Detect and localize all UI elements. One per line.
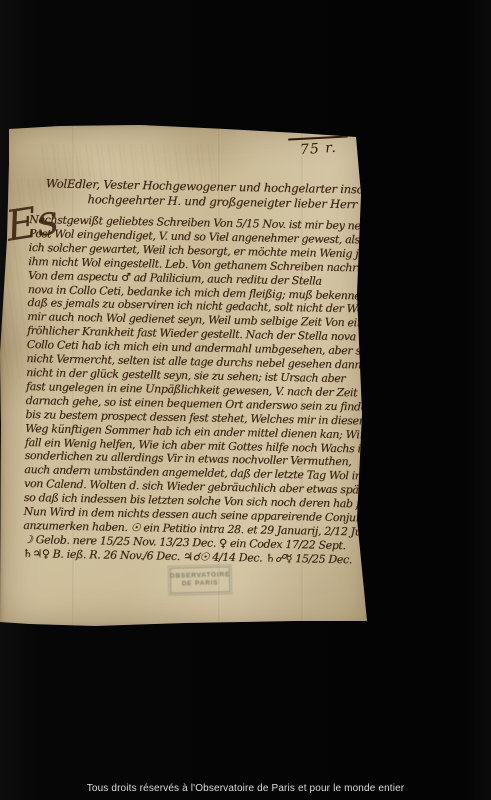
folio-number: 75 r.	[299, 140, 337, 159]
stamp-text: DE PARIS	[182, 580, 219, 589]
handwritten-text: WolEdler, Vester Hochgewogener und hochg…	[23, 176, 364, 567]
manuscript-page: 75 r. Es WolEdler, Vester Hochgewogener …	[0, 124, 370, 628]
scan-background: 75 r. Es WolEdler, Vester Hochgewogener …	[0, 0, 491, 800]
copyright-caption: Tous droits réservés à l'Observatoire de…	[0, 783, 491, 794]
observatory-stamp: OBSERVATOIRE DE PARIS	[170, 566, 231, 594]
folio-pen-stroke	[288, 135, 348, 140]
